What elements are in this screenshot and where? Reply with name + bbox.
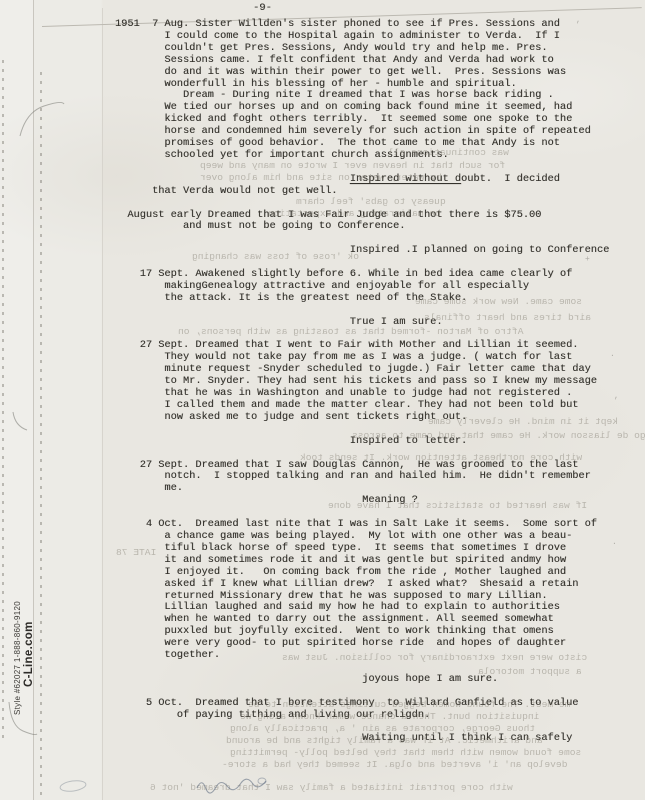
typed-line: Inspired without doubt. I decided [115,174,609,186]
typed-line: together. [115,650,609,662]
typed-line: asked if I knew what Lillian drew? I ask… [115,579,609,591]
sheet-protector-brand: Style #62027 1-888-860-9120 C-Line.com [13,533,45,715]
typed-line: that Verda would not get well. [115,186,609,198]
annotation-text [115,173,350,185]
page-number: -9- [253,2,272,14]
typed-line [115,198,609,210]
typed-line: Sessions came. I felt confident that And… [115,55,609,67]
typed-line: do and it was within their power to get … [115,67,609,79]
typed-line: 5 Oct. Dreamed that I bore testimony to … [115,698,609,710]
annotation-text: oubt. I decided [461,173,560,185]
typed-line: Inspired to letter. [115,436,609,448]
typed-line [115,305,609,317]
typed-line [115,686,609,698]
typed-line: the attack. It is the greatest need of t… [115,293,609,305]
protector-style-text: Style #62027 1-888-860-9120 [13,533,22,715]
typed-line [115,424,609,436]
typed-line: of paying tithing and living our religdn… [115,710,609,722]
typed-line: and must not be going to Conference. [115,221,609,233]
protector-brand-text: C-Line.com [23,533,35,715]
typed-text-block: 1951 7 Aug. Sister Willden's sister phon… [115,19,609,745]
typed-line: schooled yet for important church assign… [115,150,609,162]
typed-line: now asked me to judge and sent tickets r… [115,412,609,424]
typed-line [115,448,609,460]
typed-line: I enjoyed it. On coming back from the ri… [115,567,609,579]
typed-line: Waiting until I think I can safely [115,733,609,745]
underlined-annotation: Inspired without d [350,173,461,185]
typed-line: True I am sure. [115,317,609,329]
typed-line: it and sometimes rode it and it was gent… [115,555,609,567]
typed-line: notch. I stopped talking and ran and hai… [115,471,609,483]
typed-line: tiful black horse of speed type. It seem… [115,543,609,555]
typed-line: couldn't get Pres. Sessions, Andy would … [115,43,609,55]
typed-line: Inspired .I planned on going to Conferen… [115,245,609,257]
typed-line: joyous hope I am sure. [115,674,609,686]
scanned-diary-page: { "page": { "number": "-9-" }, "protecto… [0,0,645,800]
typed-line: Meaning ? [115,495,609,507]
